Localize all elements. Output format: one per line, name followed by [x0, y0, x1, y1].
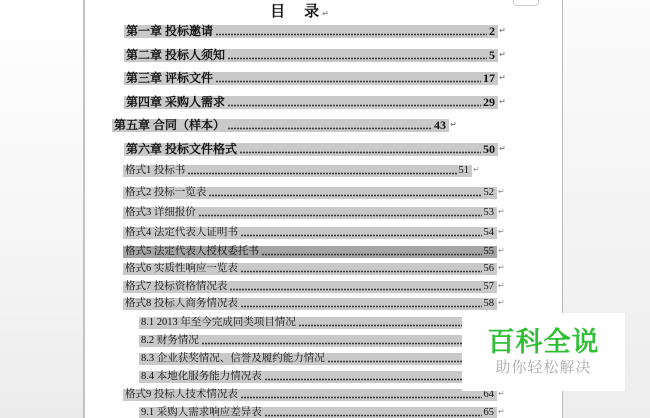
dot-leader — [265, 414, 482, 417]
toc-entry-highlight: 第二章 投标人须知5 — [124, 49, 498, 62]
paragraph-mark: ↵ — [498, 406, 505, 418]
paragraph-mark: ↵ — [499, 95, 506, 108]
dot-leader — [228, 57, 487, 60]
toc-entry-label: 第二章 投标人须知 — [126, 49, 225, 62]
toc-entry-page-number: 54 — [484, 227, 495, 239]
dot-leader — [240, 151, 481, 154]
toc-entry-label: 8.4 本地化服务能力情况表 — [141, 371, 262, 383]
toc-entry-page-number: 57 — [484, 281, 495, 293]
toc-entry-highlight: 第一章 投标邀请2 — [124, 25, 498, 38]
toc-entry-label: 格式6 实质性响应一览表 — [125, 263, 238, 275]
toc-entry[interactable]: 8.2 财务情况↵ — [139, 334, 505, 347]
toc-entry-highlight: 格式8 投标人商务情况表58 — [123, 298, 497, 310]
toc-entry-label: 格式5 法定代表人授权委托书 — [125, 246, 259, 258]
toc-entry-highlight: 8.1 2013 年至今完成同类项目情况 — [139, 317, 497, 329]
toc-entry[interactable]: 第三章 评标文件17↵ — [124, 71, 506, 85]
toc-entry-page-number: 53 — [484, 207, 495, 219]
dot-leader — [241, 396, 482, 399]
toc-entry[interactable]: 格式1 投标书51↵ — [123, 164, 480, 177]
toc-entry-label: 第四章 采购人需求 — [126, 96, 225, 109]
toc-entry-page-number: 50 — [483, 143, 495, 156]
toc-entry-highlight: 格式6 实质性响应一览表56 — [123, 263, 497, 275]
dot-leader — [241, 305, 482, 308]
toc-entry-page-number: 51 — [459, 165, 470, 177]
paragraph-mark: ↵ — [498, 262, 505, 274]
watermark-badge: 百科全说 助你轻松解决 — [462, 313, 625, 391]
dot-leader — [209, 194, 481, 197]
toc-entry-page-number: 17 — [483, 72, 495, 85]
toc-entry[interactable]: 8.1 2013 年至今完成同类项目情况↵ — [139, 316, 505, 329]
toc-entry[interactable]: 第一章 投标邀请2↵ — [124, 24, 506, 38]
toc-entry-highlight: 8.3 企业获奖情况、信誉及履约能力情况 — [139, 353, 497, 365]
toc-entry-label: 8.2 财务情况 — [141, 335, 199, 347]
dot-leader — [188, 172, 456, 175]
paragraph-mark: ↵ — [450, 118, 457, 131]
paragraph-mark: ↵ — [498, 297, 505, 309]
toc-entry[interactable]: 第六章 投标文件格式50↵ — [124, 142, 506, 156]
toc-entry-page-number: 58 — [484, 298, 495, 310]
paragraph-mark: ↵ — [499, 48, 506, 61]
toc-entry-label: 格式7 投标资格情况表 — [125, 281, 227, 293]
paragraph-mark: ↵ — [498, 186, 505, 198]
toc-entry-highlight: 第三章 评标文件17 — [124, 72, 498, 85]
paragraph-mark: ↵ — [499, 71, 506, 84]
toc-entry[interactable]: 格式2 投标一览表52↵ — [123, 186, 505, 199]
page-left-margin-area — [0, 0, 85, 418]
toc-entry-label: 8.1 2013 年至今完成同类项目情况 — [141, 317, 296, 329]
toc-entry-label: 格式8 投标人商务情况表 — [125, 298, 238, 310]
toc-entry-page-number: 52 — [484, 187, 495, 199]
toc-entry-label: 格式3 详细报价 — [125, 207, 196, 219]
dot-leader — [199, 214, 482, 217]
dot-leader — [262, 253, 482, 256]
paragraph-mark: ↵ — [498, 280, 505, 292]
toc-entry-highlight: 第六章 投标文件格式50 — [124, 143, 498, 156]
dot-leader — [230, 288, 481, 291]
toc-entry-highlight: 格式2 投标一览表52 — [123, 187, 497, 199]
toc-entry-label: 8.3 企业获奖情况、信誉及履约能力情况 — [141, 353, 325, 365]
toc-entry-highlight: 第五章 合同（样本）43 — [112, 119, 449, 132]
toc-entry[interactable]: 格式8 投标人商务情况表58↵ — [123, 297, 505, 310]
dot-leader — [228, 127, 432, 130]
toc-entry-highlight: 8.4 本地化服务能力情况表 — [139, 371, 497, 383]
toc-entry-highlight: 第四章 采购人需求29 — [124, 96, 498, 109]
toc-entry-page-number: 55 — [484, 246, 495, 258]
toc-entry-highlight: 格式9 投标人技术情况表64 — [123, 389, 497, 401]
toc-entry[interactable]: 格式4 法定代表人证明书54↵ — [123, 226, 505, 239]
toc-entry-page-number: 43 — [434, 119, 446, 132]
paragraph-mark: ↵ — [322, 9, 329, 18]
toc-entry[interactable]: 8.4 本地化服务能力情况表↵ — [139, 370, 505, 383]
toc-entry-page-number: 29 — [483, 96, 495, 109]
toc-entry[interactable]: 9.1 采购人需求响应差异表65↵ — [139, 406, 505, 418]
toc-entry[interactable]: 格式6 实质性响应一览表56↵ — [123, 262, 505, 275]
toc-entry-label: 格式2 投标一览表 — [125, 187, 206, 199]
toc-entry[interactable]: 格式3 详细报价53↵ — [123, 206, 505, 219]
toc-entry-label: 9.1 采购人需求响应差异表 — [141, 407, 262, 418]
dot-leader — [241, 270, 482, 273]
toc-title-text: 目 录 — [270, 4, 321, 20]
paragraph-mark: ↵ — [499, 142, 506, 155]
toc-entry-page-number: 65 — [484, 407, 495, 418]
toc-entry[interactable]: 第四章 采购人需求29↵ — [124, 95, 506, 109]
dot-leader — [228, 104, 481, 107]
toc-entry-highlight: 8.2 财务情况 — [139, 335, 497, 347]
cropped-ui-fragment — [513, 0, 539, 6]
paragraph-mark: ↵ — [499, 24, 506, 37]
dot-leader — [202, 342, 492, 345]
toc-entry-label: 格式1 投标书 — [125, 165, 185, 177]
watermark-logo-text: 百科全说 — [488, 328, 600, 356]
toc-entry[interactable]: 格式5 法定代表人授权委托书55↵ — [123, 245, 505, 258]
toc-entry-label: 第六章 投标文件格式 — [126, 143, 237, 156]
toc-entry[interactable]: 第二章 投标人须知5↵ — [124, 48, 506, 62]
toc-entry-highlight: 格式4 法定代表人证明书54 — [123, 227, 497, 239]
dot-leader — [216, 80, 481, 83]
toc-entry-label: 第五章 合同（样本） — [114, 119, 225, 132]
toc-entry-page-number: 5 — [489, 49, 495, 62]
toc-entry-page-number: 2 — [489, 25, 495, 38]
toc-entry[interactable]: 格式9 投标人技术情况表64↵ — [123, 388, 505, 401]
toc-entry[interactable]: 格式7 投标资格情况表57↵ — [123, 280, 505, 293]
dot-leader — [216, 33, 487, 36]
toc-title: 目 录↵ — [61, 0, 538, 21]
toc-entry-page-number: 56 — [484, 263, 495, 275]
toc-entry[interactable]: 8.3 企业获奖情况、信誉及履约能力情况↵ — [139, 352, 505, 365]
toc-entry-label: 格式4 法定代表人证明书 — [125, 227, 238, 239]
toc-entry-highlight: 格式1 投标书51 — [123, 165, 472, 177]
toc-entry-label: 第三章 评标文件 — [126, 72, 213, 85]
paragraph-mark: ↵ — [473, 164, 480, 176]
paragraph-mark: ↵ — [498, 245, 505, 257]
toc-entry-label: 格式9 投标人技术情况表 — [125, 389, 238, 401]
toc-entry-highlight: 格式3 详细报价53 — [123, 207, 497, 219]
toc-entry-highlight: 格式7 投标资格情况表57 — [123, 281, 497, 293]
toc-entry-highlight: 9.1 采购人需求响应差异表65 — [139, 407, 497, 418]
paragraph-mark: ↵ — [498, 206, 505, 218]
paragraph-mark: ↵ — [498, 226, 505, 238]
dot-leader — [241, 234, 482, 237]
dot-leader — [265, 378, 492, 381]
toc-entry[interactable]: 第五章 合同（样本）43↵ — [112, 118, 457, 132]
toc-entry-label: 第一章 投标邀请 — [126, 25, 213, 38]
watermark-slogan: 助你轻松解决 — [495, 359, 591, 376]
toc-entry-highlight: 格式5 法定代表人授权委托书55 — [123, 246, 497, 258]
